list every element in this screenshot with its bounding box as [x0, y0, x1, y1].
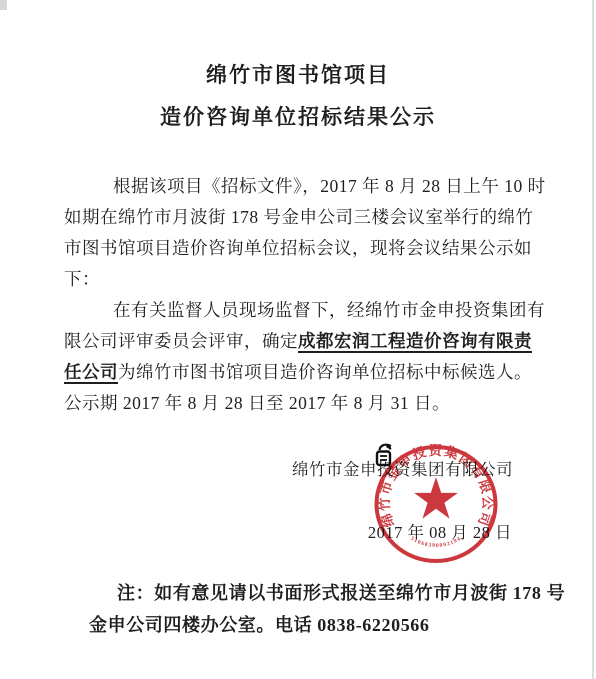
footer-note: 注：如有意见请以书面形式报送至绵竹市月波街 178 号 金申公司四楼办公室。电话…: [89, 577, 559, 641]
para1-line1: 根据该项目《招标文件》，2017 年 8 月 28 日上午 10 时: [64, 171, 542, 202]
para2-line1: 在有关监督人员现场监督下，经绵竹市金申投资集团有: [64, 295, 542, 326]
para2-line2: 限公司评审委员会评审，确定成都宏润工程造价咨询有限责: [64, 326, 542, 357]
para2-line3: 任公司为绵竹市图书馆项目造价咨询单位招标中标候选人。: [64, 357, 542, 388]
announcement-body: 根据该项目《招标文件》，2017 年 8 月 28 日上午 10 时 如期在绵竹…: [64, 171, 542, 419]
winner-company-name-part1: 成都宏润工程造价咨询有限责: [298, 331, 532, 351]
seal-code-text: 51068390002194: [409, 536, 462, 549]
para1-line3: 市图书馆项目造价咨询单位招标会议，现将会议结果公示如: [64, 233, 542, 264]
para1-line4: 下：: [64, 264, 542, 295]
winner-company-name-part2: 任公司: [64, 362, 118, 382]
page-title-line2: 造价咨询单位招标结果公示: [0, 101, 596, 131]
page-title-line1: 绵竹市图书馆项目: [0, 59, 596, 89]
object-anchor-icon: [375, 443, 393, 467]
seal-star-icon: [414, 477, 458, 519]
note-line2: 金申公司四楼办公室。电话 0838-6220566: [89, 609, 559, 641]
para1-line2: 如期在绵竹市月波街 178 号金申公司三楼会议室举行的绵竹: [64, 202, 542, 233]
scan-corner-artifact: [0, 0, 7, 10]
para2-line3-text: 为绵竹市图书馆项目造价咨询单位招标中标候选人。: [118, 362, 532, 382]
para2-line4: 公示期 2017 年 8 月 28 日至 2017 年 8 月 31 日。: [64, 388, 542, 419]
para2-line2-text: 限公司评审委员会评审，确定: [64, 331, 298, 351]
note-line1: 注：如有意见请以书面形式报送至绵竹市月波街 178 号: [89, 577, 559, 609]
document-page: 绵竹市图书馆项目 造价咨询单位招标结果公示 根据该项目《招标文件》，2017 年…: [0, 0, 596, 679]
